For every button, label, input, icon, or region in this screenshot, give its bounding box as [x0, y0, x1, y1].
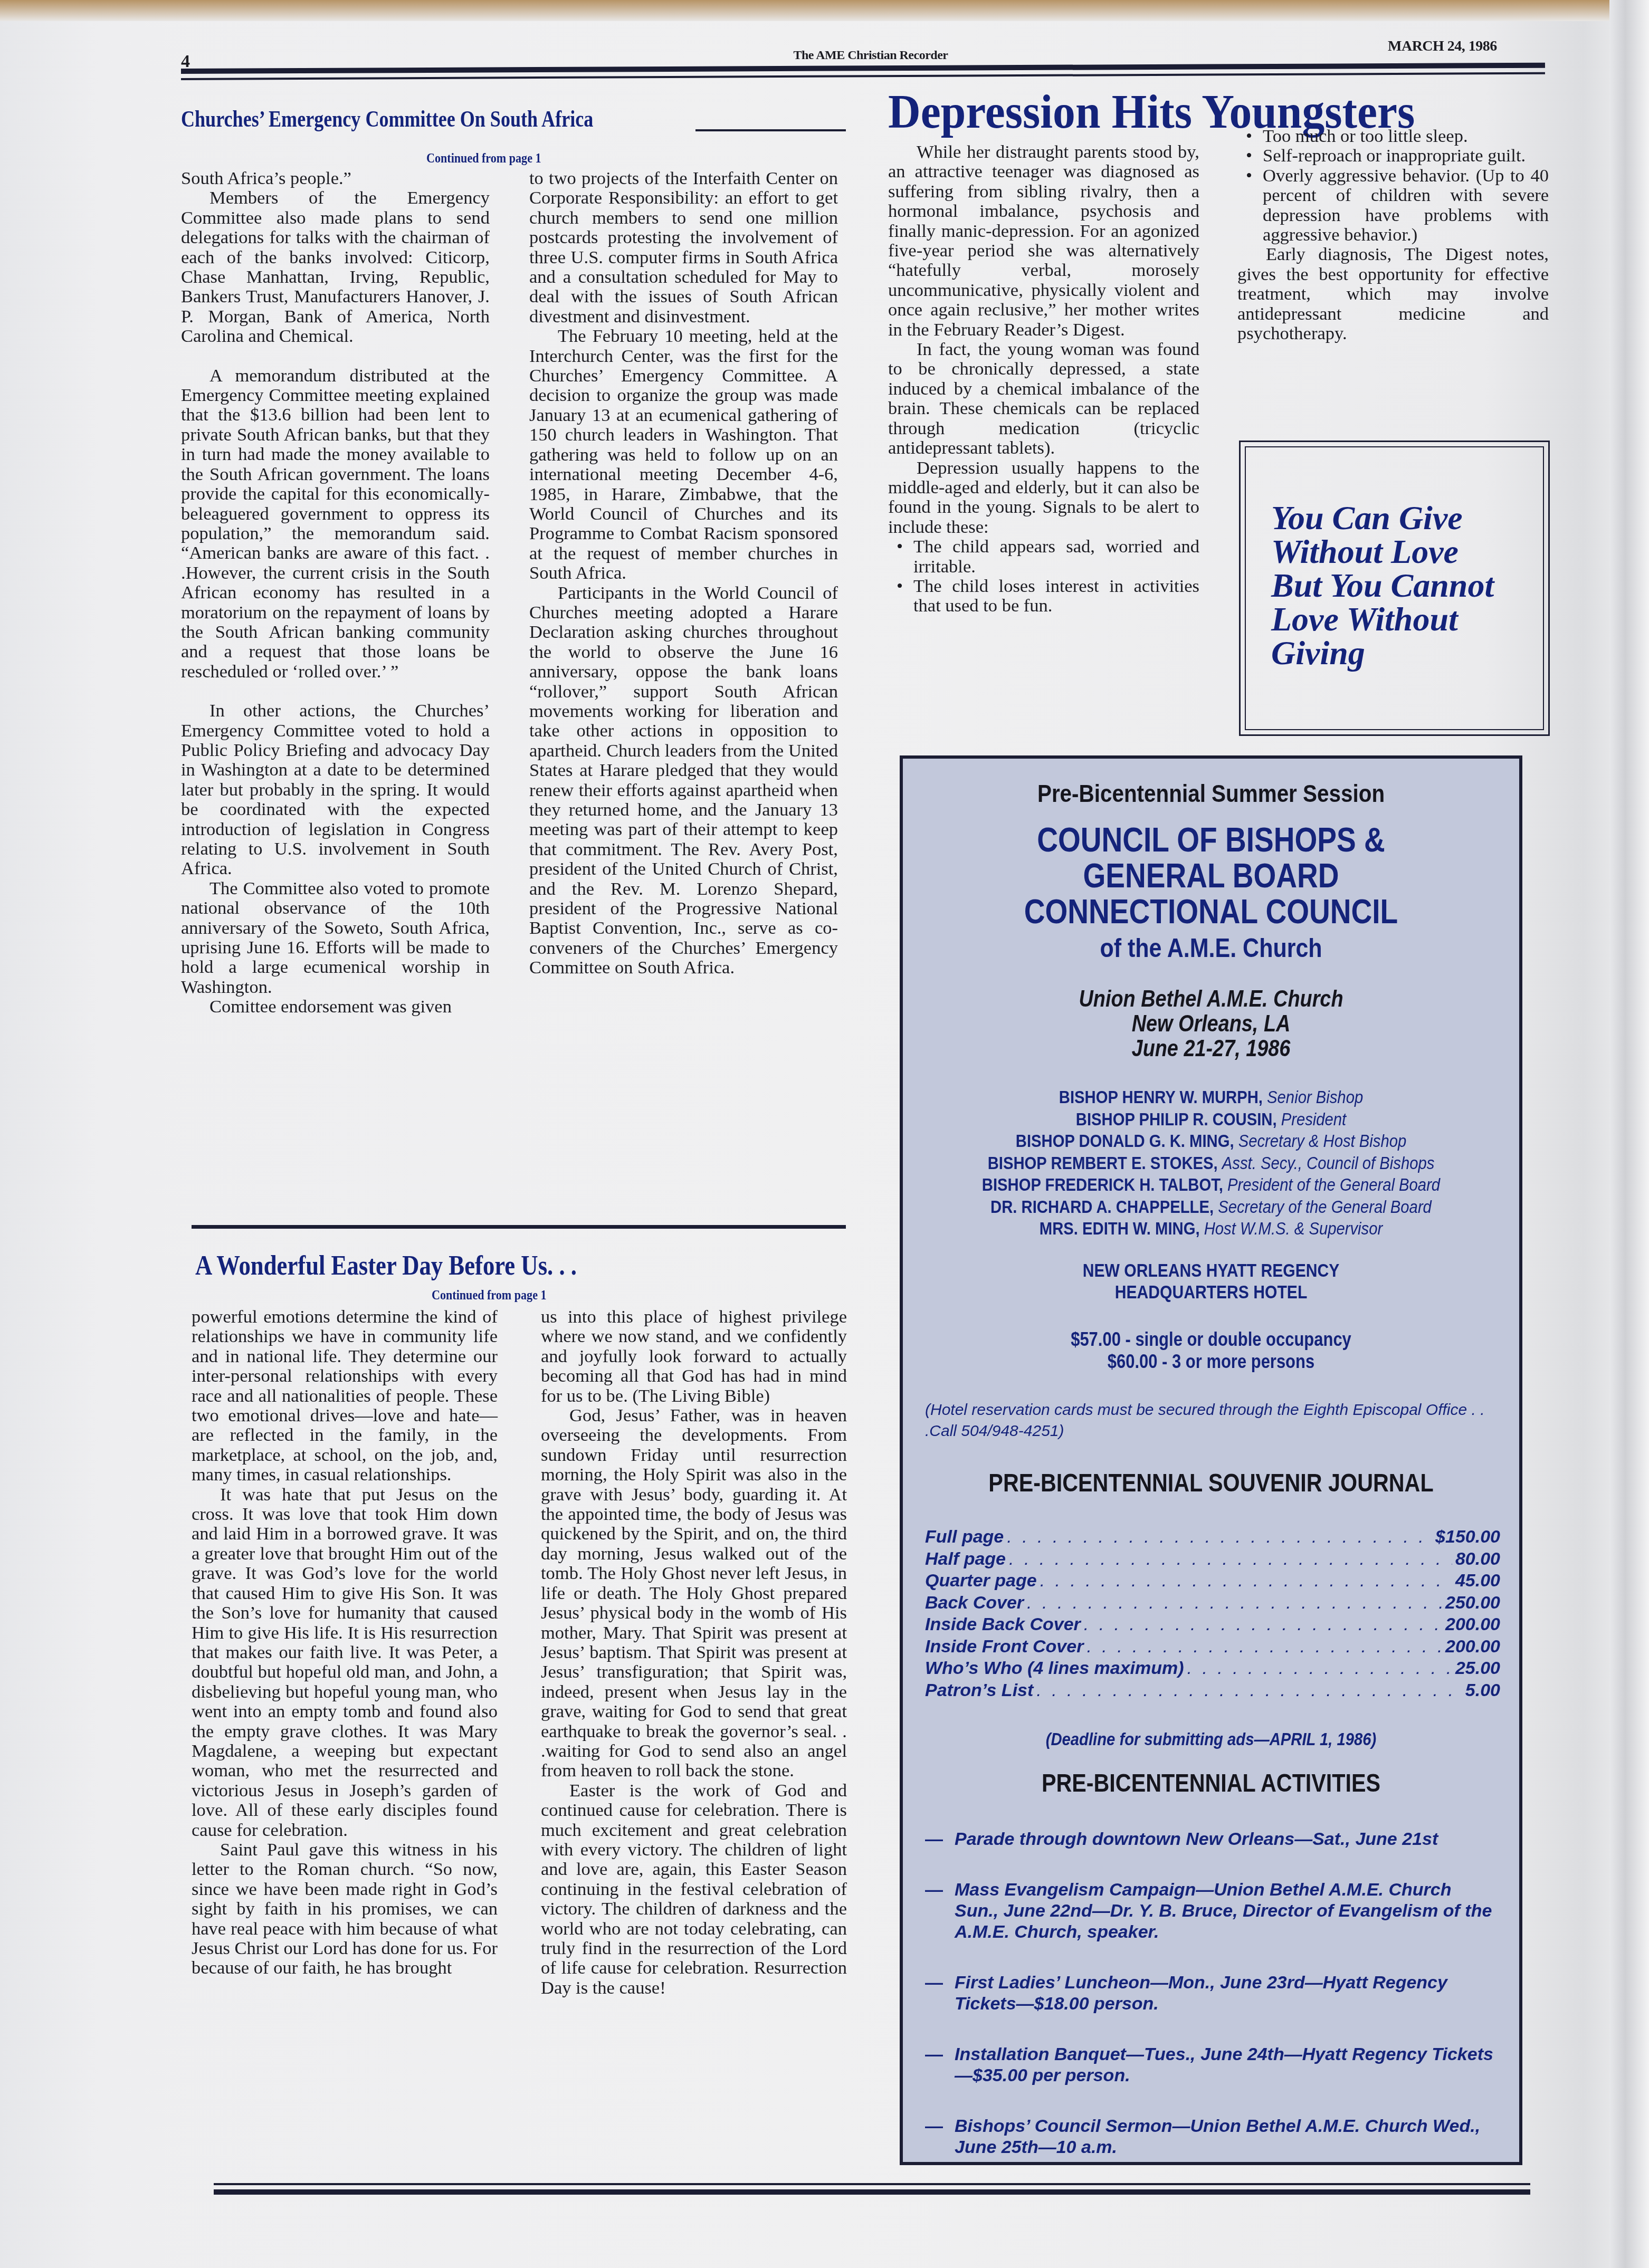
price-row: Patron’s List5.00	[925, 1680, 1500, 1702]
price-row: Inside Back Cover200.00	[925, 1614, 1500, 1636]
list-item: Overly aggressive behavior. (Up to 40 pe…	[1237, 166, 1549, 245]
easter-column-1: powerful emotions determine the kind of …	[192, 1307, 498, 1978]
article-divider	[192, 1225, 846, 1229]
issue-date: MARCH 24, 1986	[1388, 38, 1497, 55]
price-row: Inside Front Cover200.00	[925, 1636, 1500, 1658]
quote-box: You Can Give Without Love But You Cannot…	[1239, 441, 1550, 736]
officers-list: BISHOP HENRY W. MURPH, Senior Bishop BIS…	[946, 1087, 1476, 1240]
officer-row: BISHOP PHILIP R. COUSIN, President	[946, 1109, 1476, 1131]
paragraph: A memorandum distributed at the Emergenc…	[181, 366, 490, 682]
hotel-line: NEW ORLEANS HYATT REGENCY	[946, 1260, 1476, 1281]
churches-column-1: South Africa’s people.” Members of the E…	[181, 169, 490, 1017]
paragraph: The February 10 meeting, held at the Int…	[529, 327, 838, 583]
paragraph: Early diagnosis, The Digest notes, gives…	[1237, 245, 1549, 343]
paragraph: God, Jesus’ Father, was in heaven overse…	[541, 1406, 847, 1781]
paragraph: to two projects of the Interfaith Center…	[529, 169, 838, 327]
hotel-reservation-note: (Hotel reservation cards must be secured…	[925, 1400, 1505, 1442]
journal-price-list: Full page$150.00 Half page80.00 Quarter …	[925, 1526, 1500, 1701]
masthead-rule-thin	[181, 72, 1545, 80]
activities-title: PRE-BICENTENNIAL ACTIVITIES	[946, 1769, 1476, 1798]
scan-edge	[0, 0, 1649, 21]
price-row: Back Cover250.00	[925, 1592, 1500, 1614]
easter-headline: A Wonderful Easter Day Before Us. . .	[195, 1250, 577, 1281]
rate-line: $60.00 - 3 or more persons	[946, 1351, 1476, 1373]
activity-item: Parade through downtown New Orleans—Sat.…	[925, 1829, 1495, 1850]
ad-deadline: (Deadline for submitting ads—APRIL 1, 19…	[946, 1729, 1476, 1750]
paragraph: powerful emotions determine the kind of …	[192, 1307, 498, 1485]
session-title: Pre-Bicentennial Summer Session	[946, 779, 1476, 808]
officer-row: MRS. EDITH W. MING, Host W.M.S. & Superv…	[946, 1218, 1476, 1240]
list-item: The child appears sad, worried and irrit…	[888, 537, 1199, 577]
price-row: Who’s Who (4 lines maximum)25.00	[925, 1658, 1500, 1680]
depression-column-1: While her distraught parents stood by, a…	[888, 142, 1199, 616]
quote-line: You Can Give	[1271, 501, 1494, 535]
officer-row: DR. RICHARD A. CHAPPELLE, Secretary of t…	[946, 1197, 1476, 1219]
hotel-line: HEADQUARTERS HOTEL	[946, 1281, 1476, 1303]
paragraph: Participants in the World Council of Chu…	[529, 583, 838, 978]
masthead-rule-thick	[181, 63, 1545, 74]
activity-item: Installation Banquet—Tues., June 24th—Hy…	[925, 2044, 1495, 2086]
paragraph: us into this place of highest privilege …	[541, 1307, 847, 1406]
paragraph: In fact, the young woman was found to be…	[888, 340, 1199, 458]
quote-line: Giving	[1271, 636, 1494, 670]
paragraph: In other actions, the Churches’ Emergenc…	[181, 701, 490, 879]
quote-line: Love Without	[1271, 602, 1494, 636]
paragraph: Comittee endorsement was given	[181, 997, 490, 1017]
list-item: Self-reproach or inappropriate guilt.	[1237, 146, 1549, 166]
journal-title: PRE-BICENTENNIAL SOUVENIR JOURNAL	[946, 1469, 1476, 1498]
churches-headline: Churches’ Emergency Committee On South A…	[181, 106, 593, 132]
activities-list: Parade through downtown New Orleans—Sat.…	[925, 1829, 1495, 2187]
summer-session-advertisement: Pre-Bicentennial Summer Session COUNCIL …	[900, 755, 1522, 2165]
price-row: Quarter page45.00	[925, 1570, 1500, 1592]
easter-column-2: us into this place of highest privilege …	[541, 1307, 847, 1998]
paragraph: Members of the Emergency Committee also …	[181, 188, 490, 346]
paragraph: Saint Paul gave this witness in his lett…	[192, 1840, 498, 1978]
officer-row: BISHOP REMBERT E. STOKES, Asst. Secy., C…	[946, 1153, 1476, 1175]
activity-item: Bishops’ Council Sermon—Union Bethel A.M…	[925, 2116, 1495, 2158]
council-title: COUNCIL OF BISHOPS & GENERAL BOARD CONNE…	[946, 822, 1476, 930]
page-fold-edge	[1609, 0, 1649, 2268]
officer-row: BISHOP FREDERICK H. TALBOT, President of…	[946, 1174, 1476, 1197]
paragraph: It was hate that put Jesus on the cross.…	[192, 1485, 498, 1840]
list-item: The child loses interest in activities t…	[888, 577, 1199, 616]
hotel-rates: $57.00 - single or double occupancy $60.…	[946, 1328, 1476, 1373]
officer-row: BISHOP DONALD G. K. MING, Secretary & Ho…	[946, 1131, 1476, 1153]
newspaper-page: 4 The AME Christian Recorder MARCH 24, 1…	[0, 0, 1649, 2268]
quote-line: Without Love	[1271, 535, 1494, 569]
paragraph: South Africa’s people.”	[181, 169, 490, 188]
continued-note: Continued from page 1	[426, 150, 541, 166]
council-line: COUNCIL OF BISHOPS &	[946, 822, 1476, 858]
officer-row: BISHOP HENRY W. MURPH, Senior Bishop	[946, 1087, 1476, 1109]
venue-line: June 21-27, 1986	[946, 1036, 1476, 1061]
signal-list-continued: Too much or too little sleep. Self-repro…	[1237, 127, 1549, 245]
council-line: GENERAL BOARD	[946, 858, 1476, 894]
signal-list: The child appears sad, worried and irrit…	[888, 537, 1199, 616]
council-line: CONNECTIONAL COUNCIL	[946, 894, 1476, 930]
churches-column-2: to two projects of the Interfaith Center…	[529, 169, 838, 978]
rate-line: $57.00 - single or double occupancy	[946, 1328, 1476, 1351]
quote-text: You Can Give Without Love But You Cannot…	[1271, 501, 1494, 670]
continued-note: Continued from page 1	[432, 1287, 547, 1303]
price-row: Half page80.00	[925, 1548, 1500, 1571]
headline-underline	[695, 129, 846, 131]
venue-line: Union Bethel A.M.E. Church	[946, 987, 1476, 1011]
activity-item: First Ladies’ Luncheon—Mon., June 23rd—H…	[925, 1972, 1495, 2014]
publication-name: The AME Christian Recorder	[633, 49, 1108, 63]
venue-line: New Orleans, LA	[946, 1011, 1476, 1036]
paragraph: While her distraught parents stood by, a…	[888, 142, 1199, 340]
footer-rule-thick	[214, 2189, 1530, 2195]
paragraph: The Committee also voted to promote nati…	[181, 879, 490, 997]
list-item: Too much or too little sleep.	[1237, 127, 1549, 146]
quote-line: But You Cannot	[1271, 569, 1494, 602]
paragraph: Depression usually happens to the middle…	[888, 458, 1199, 538]
hotel-name: NEW ORLEANS HYATT REGENCY HEADQUARTERS H…	[946, 1260, 1476, 1303]
depression-column-2: Too much or too little sleep. Self-repro…	[1237, 127, 1549, 343]
church-subtitle: of the A.M.E. Church	[946, 933, 1476, 963]
footer-rule-thin	[214, 2183, 1530, 2185]
price-row: Full page$150.00	[925, 1526, 1500, 1548]
venue: Union Bethel A.M.E. Church New Orleans, …	[946, 987, 1476, 1061]
activity-item: Mass Evangelism Campaign—Union Bethel A.…	[925, 1879, 1495, 1942]
paragraph: Easter is the work of God and continued …	[541, 1781, 847, 1998]
